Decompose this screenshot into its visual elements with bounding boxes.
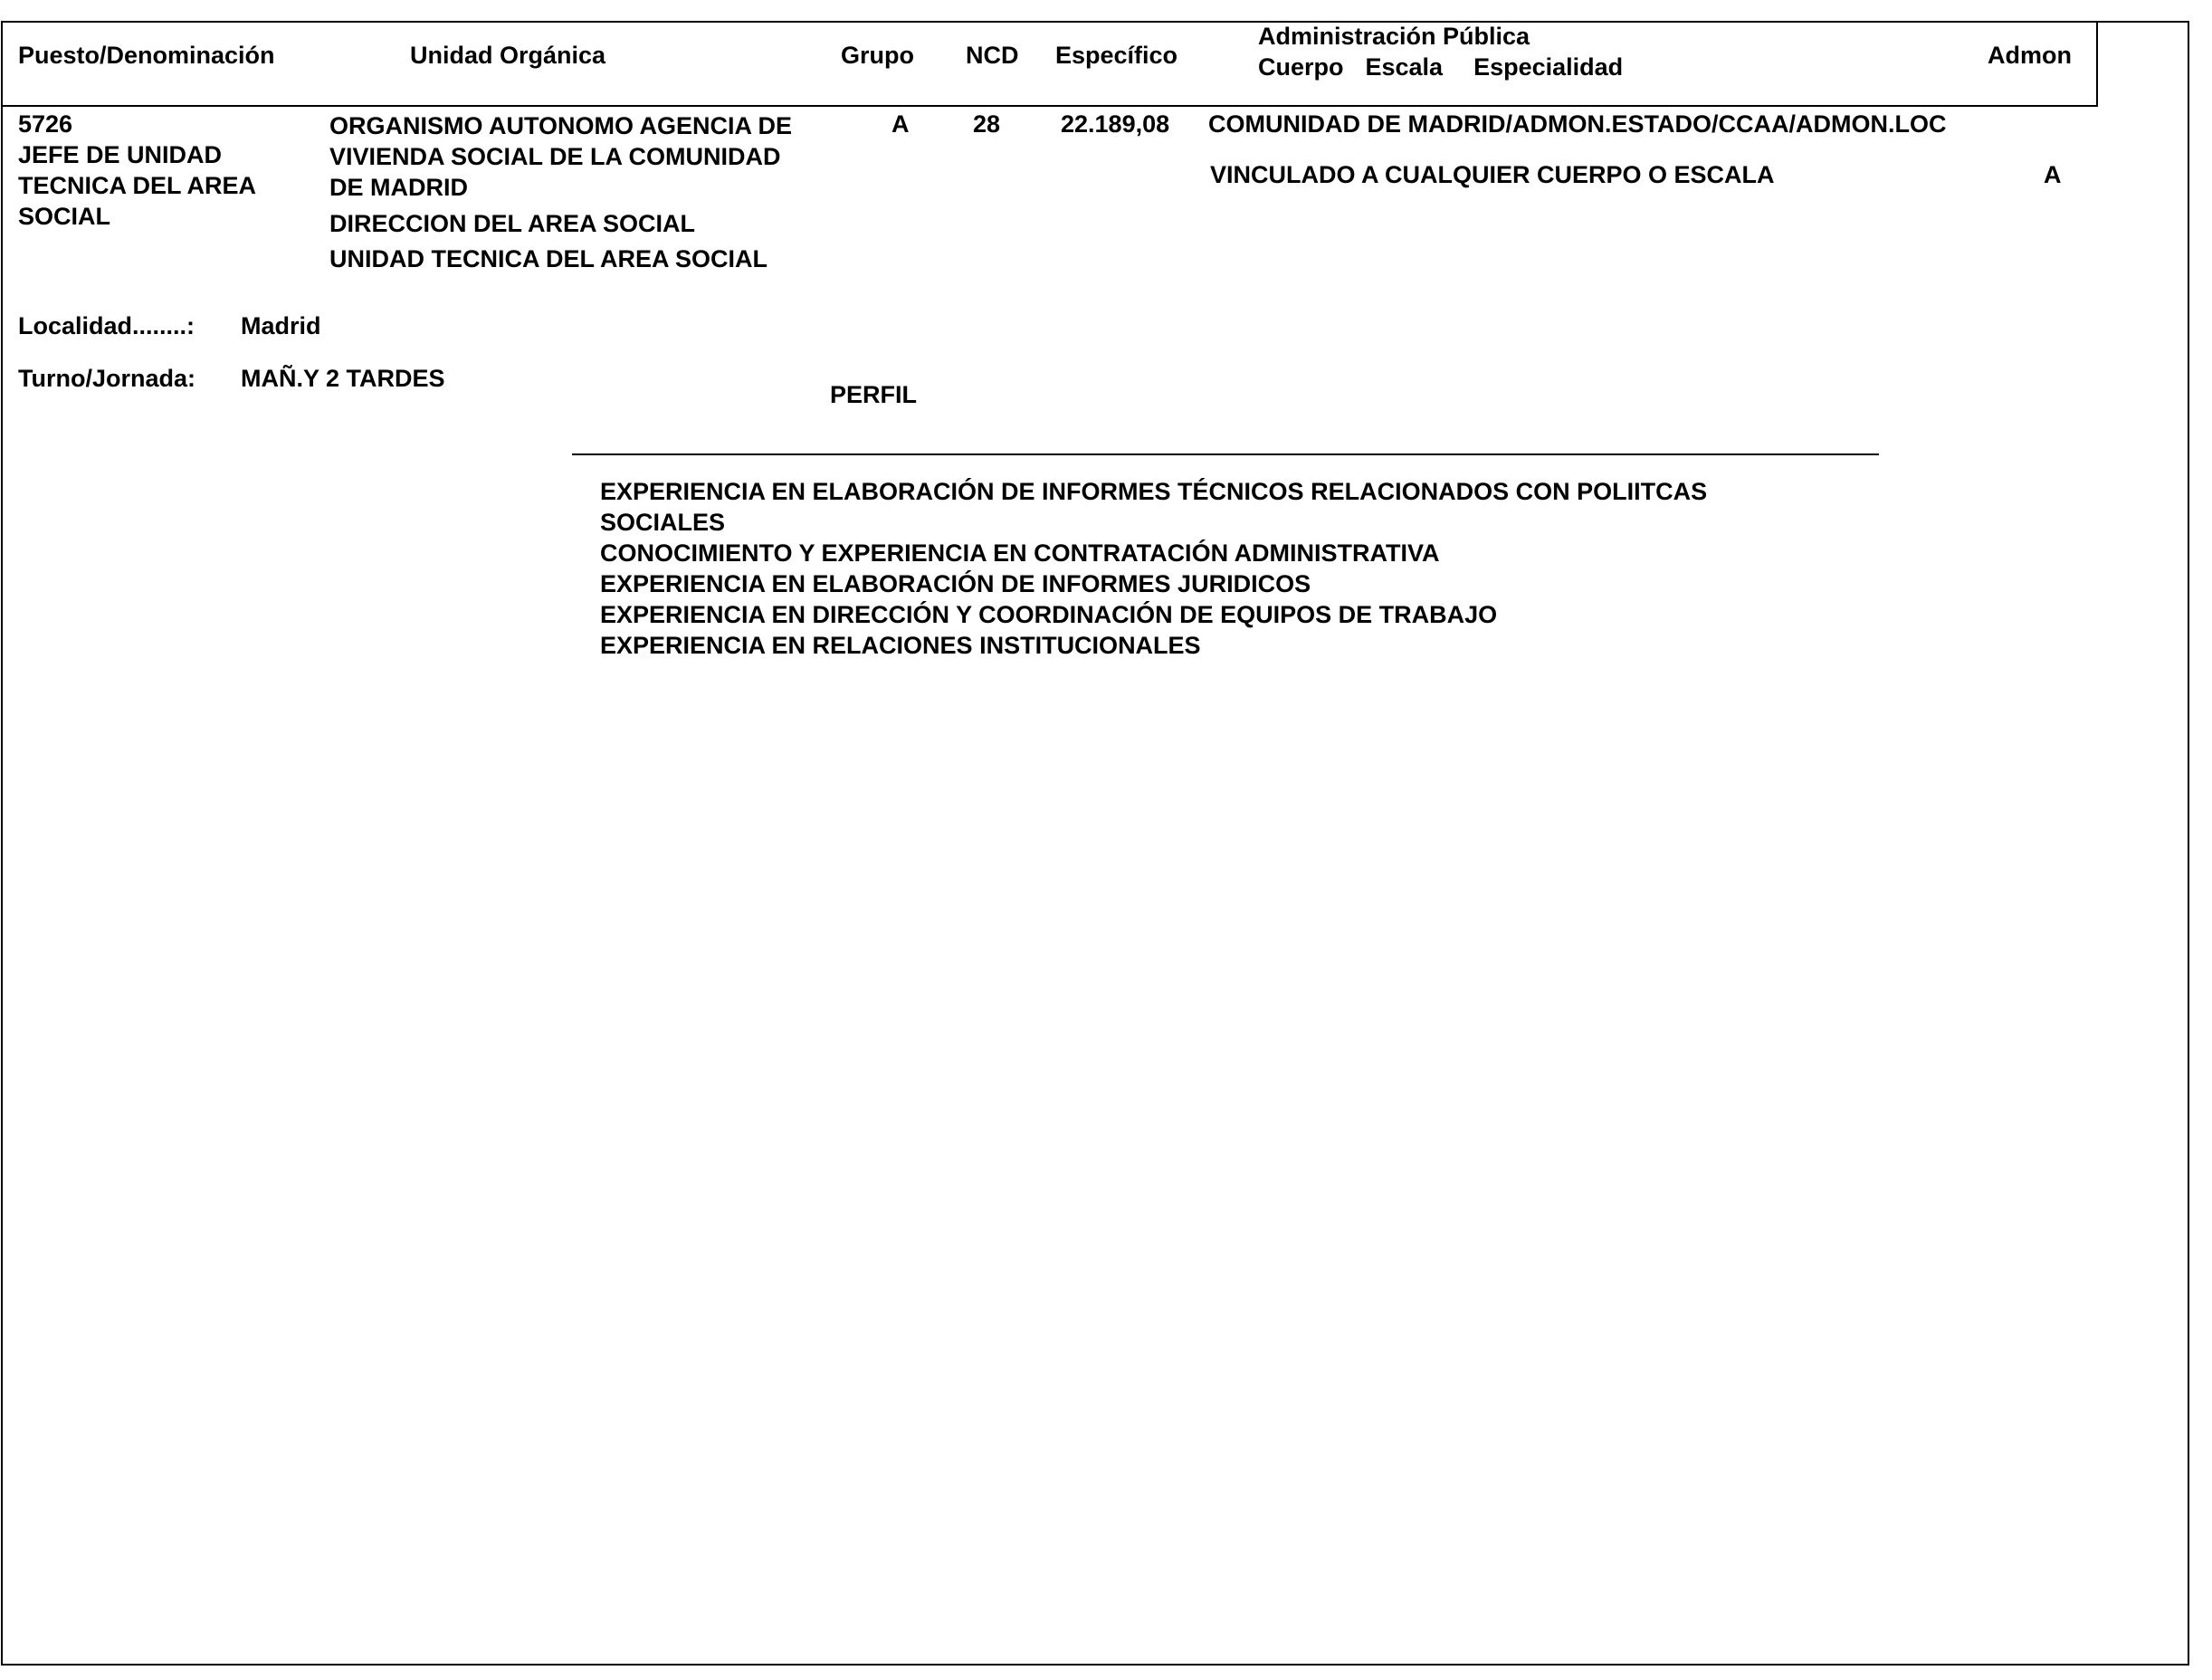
- unidad-line: VIVIENDA SOCIAL DE LA COMUNIDAD: [329, 145, 792, 176]
- puesto-denominacion-cell: 5726 JEFE DE UNIDAD TECNICA DEL AREA SOC…: [18, 112, 256, 235]
- table-header-box: [1, 21, 2098, 107]
- perfil-line: SOCIALES: [600, 511, 1707, 541]
- unidad-line: ORGANISMO AUTONOMO AGENCIA DE: [329, 114, 792, 145]
- header-admon: Admon: [1988, 43, 2072, 68]
- header-escala: Escala: [1366, 53, 1444, 81]
- administracion-publica-value: COMUNIDAD DE MADRID/ADMON.ESTADO/CCAA/AD…: [1208, 112, 1946, 137]
- perfil-line: EXPERIENCIA EN ELABORACIÓN DE INFORMES T…: [600, 480, 1707, 511]
- header-cuerpo-escala-especialidad: CuerpoEscalaEspecialidad: [1258, 55, 1623, 80]
- localidad-label: Localidad........:: [18, 314, 195, 339]
- denominacion-line: TECNICA DEL AREA: [18, 174, 256, 205]
- turno-value: MAÑ.Y 2 TARDES: [241, 367, 445, 391]
- header-grupo: Grupo: [841, 43, 914, 68]
- perfil-line: EXPERIENCIA EN ELABORACIÓN DE INFORMES J…: [600, 572, 1707, 603]
- localidad-value: Madrid: [241, 314, 321, 339]
- perfil-divider: [572, 453, 1879, 455]
- perfil-line: CONOCIMIENTO Y EXPERIENCIA EN CONTRATACI…: [600, 541, 1707, 572]
- unidad-organica-cell: ORGANISMO AUTONOMO AGENCIA DE VIVIENDA S…: [329, 114, 792, 278]
- perfil-list: EXPERIENCIA EN ELABORACIÓN DE INFORMES T…: [600, 480, 1707, 664]
- puesto-codigo: 5726: [18, 112, 256, 143]
- denominacion-line: SOCIAL: [18, 205, 256, 235]
- unidad-line: UNIDAD TECNICA DEL AREA SOCIAL: [329, 247, 792, 278]
- unidad-line: DIRECCION DEL AREA SOCIAL: [329, 212, 792, 247]
- header-especialidad: Especialidad: [1473, 53, 1623, 81]
- perfil-line: EXPERIENCIA EN DIRECCIÓN Y COORDINACIÓN …: [600, 603, 1707, 634]
- turno-label: Turno/Jornada:: [18, 367, 195, 391]
- header-ncd: NCD: [966, 43, 1019, 68]
- especifico-value: 22.189,08: [1061, 112, 1169, 137]
- header-puesto: Puesto/Denominación: [18, 43, 275, 68]
- cuerpo-escala-value: VINCULADO A CUALQUIER CUERPO O ESCALA: [1210, 163, 1775, 187]
- ncd-value: 28: [973, 112, 1000, 137]
- perfil-line: EXPERIENCIA EN RELACIONES INSTITUCIONALE…: [600, 634, 1707, 664]
- header-especifico: Específico: [1055, 43, 1178, 68]
- denominacion-line: JEFE DE UNIDAD: [18, 143, 256, 174]
- header-administracion-publica: Administración Pública: [1258, 24, 1530, 49]
- header-cuerpo: Cuerpo: [1258, 53, 1344, 81]
- header-unidad-organica: Unidad Orgánica: [410, 43, 605, 68]
- perfil-title: PERFIL: [830, 383, 917, 407]
- unidad-line: DE MADRID: [329, 176, 792, 212]
- grupo-value: A: [891, 112, 910, 137]
- admon-value: A: [2044, 163, 2062, 187]
